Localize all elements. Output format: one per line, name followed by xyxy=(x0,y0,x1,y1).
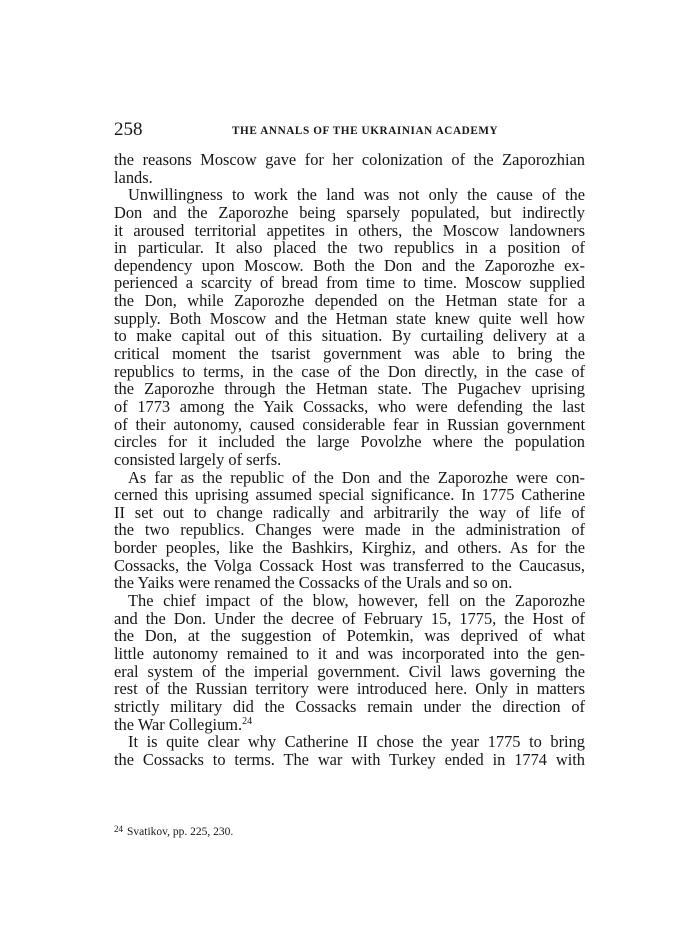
line-text: the two republics. Changes were made in … xyxy=(114,520,585,539)
text-line: the Zaporozhe through the Hetman state. … xyxy=(114,380,585,398)
text-line: supply. Both Moscow and the Hetman state… xyxy=(114,310,585,328)
line-text: Unwillingness to work the land was not o… xyxy=(128,185,585,204)
line-text: republics to terms, in the case of the D… xyxy=(114,362,585,381)
text-line: border peoples, like the Bashkirs, Kirgh… xyxy=(114,539,585,557)
text-line: Cossacks, the Volga Cossack Host was tra… xyxy=(114,557,585,575)
line-text: Cossacks, the Volga Cossack Host was tra… xyxy=(114,556,585,575)
text-line: little autonomy remained to it and was i… xyxy=(114,645,585,663)
text-line: eral system of the imperial government. … xyxy=(114,663,585,681)
text-line: and the Don. Under the decree of Februar… xyxy=(114,610,585,628)
line-text: little autonomy remained to it and was i… xyxy=(114,644,585,663)
line-text: critical moment the tsarist government w… xyxy=(114,344,585,363)
line-text: eral system of the imperial government. … xyxy=(114,662,585,681)
line-text: the reasons Moscow gave for her coloniza… xyxy=(114,150,585,169)
text-line: II set out to change radically and arbit… xyxy=(114,504,585,522)
line-text: supply. Both Moscow and the Hetman state… xyxy=(114,309,585,328)
page-header: 258 THE ANNALS OF THE UKRAINIAN ACADEMY xyxy=(114,119,585,141)
text-line: circles for it included the large Povolz… xyxy=(114,433,585,451)
line-text: strictly military did the Cossacks remai… xyxy=(114,697,585,716)
line-text: the Yaiks were renamed the Cossacks of t… xyxy=(114,573,512,592)
page-number: 258 xyxy=(114,119,143,141)
text-line: to make capital out of this situation. B… xyxy=(114,327,585,345)
line-text: the Zaporozhe through the Hetman state. … xyxy=(114,379,585,398)
text-line: it aroused territorial appetites in othe… xyxy=(114,222,585,240)
text-line: consisted largely of serfs. xyxy=(114,451,585,469)
text-line: It is quite clear why Catherine II chose… xyxy=(114,733,585,751)
line-text: rest of the Russian territory were intro… xyxy=(114,679,585,698)
text-line: of 1773 among the Yaik Cossacks, who wer… xyxy=(114,398,585,416)
text-line: the Yaiks were renamed the Cossacks of t… xyxy=(114,574,585,592)
line-text: the Don, while Zaporozhe depended on the… xyxy=(114,291,585,310)
text-line: in particular. It also placed the two re… xyxy=(114,239,585,257)
line-text: consisted largely of serfs. xyxy=(114,450,281,469)
line-text: lands. xyxy=(114,168,153,187)
line-text: border peoples, like the Bashkirs, Kirgh… xyxy=(114,538,585,557)
text-line: the two republics. Changes were made in … xyxy=(114,521,585,539)
text-line: Don and the Zaporozhe being sparsely pop… xyxy=(114,204,585,222)
text-line: perienced a scarcity of bread from time … xyxy=(114,274,585,292)
line-text: perienced a scarcity of bread from time … xyxy=(114,273,585,292)
line-text: II set out to change radically and arbit… xyxy=(114,503,585,522)
text-line: the Don, at the suggestion of Potemkin, … xyxy=(114,627,585,645)
text-line: strictly military did the Cossacks remai… xyxy=(114,698,585,716)
text-line: the War Collegium.24 xyxy=(114,716,585,734)
text-line: As far as the republic of the Don and th… xyxy=(114,469,585,487)
line-text: it aroused territorial appetites in othe… xyxy=(114,221,585,240)
text-line: dependency upon Moscow. Both the Don and… xyxy=(114,257,585,275)
footnote-number: 24 xyxy=(114,824,123,834)
text-line: the Cossacks to terms. The war with Turk… xyxy=(114,751,585,769)
line-text: Don and the Zaporozhe being sparsely pop… xyxy=(114,203,585,222)
line-text: The chief impact of the blow, however, f… xyxy=(128,591,585,610)
running-head: THE ANNALS OF THE UKRAINIAN ACADEMY xyxy=(232,123,498,139)
line-text: of their autonomy, caused considerable f… xyxy=(114,415,585,434)
line-text: of 1773 among the Yaik Cossacks, who wer… xyxy=(114,397,585,416)
text-line: the reasons Moscow gave for her coloniza… xyxy=(114,151,585,169)
text-line: critical moment the tsarist government w… xyxy=(114,345,585,363)
line-text: dependency upon Moscow. Both the Don and… xyxy=(114,256,585,275)
text-line: the Don, while Zaporozhe depended on the… xyxy=(114,292,585,310)
body-text: the reasons Moscow gave for her coloniza… xyxy=(114,151,585,768)
line-text: and the Don. Under the decree of Februar… xyxy=(114,609,585,628)
text-line: The chief impact of the blow, however, f… xyxy=(114,592,585,610)
text-line: rest of the Russian territory were intro… xyxy=(114,680,585,698)
footnote: 24Svatikov, pp. 225, 230. xyxy=(114,825,233,839)
line-text: circles for it included the large Povolz… xyxy=(114,432,585,451)
footnote-ref[interactable]: 24 xyxy=(242,716,252,727)
text-line: lands. xyxy=(114,169,585,187)
line-text: the War Collegium. xyxy=(114,715,242,734)
text-line: cerned this uprising assumed special sig… xyxy=(114,486,585,504)
line-text: cerned this uprising assumed special sig… xyxy=(114,485,585,504)
footnote-text: Svatikov, pp. 225, 230. xyxy=(127,826,233,838)
line-text: the Don, at the suggestion of Potemkin, … xyxy=(114,626,585,645)
line-text: the Cossacks to terms. The war with Turk… xyxy=(114,750,585,769)
line-text: It is quite clear why Catherine II chose… xyxy=(128,732,585,751)
line-text: As far as the republic of the Don and th… xyxy=(128,468,585,487)
text-line: republics to terms, in the case of the D… xyxy=(114,363,585,381)
line-text: to make capital out of this situation. B… xyxy=(114,326,585,345)
text-line: Unwillingness to work the land was not o… xyxy=(114,186,585,204)
line-text: in particular. It also placed the two re… xyxy=(114,238,585,257)
text-line: of their autonomy, caused considerable f… xyxy=(114,416,585,434)
